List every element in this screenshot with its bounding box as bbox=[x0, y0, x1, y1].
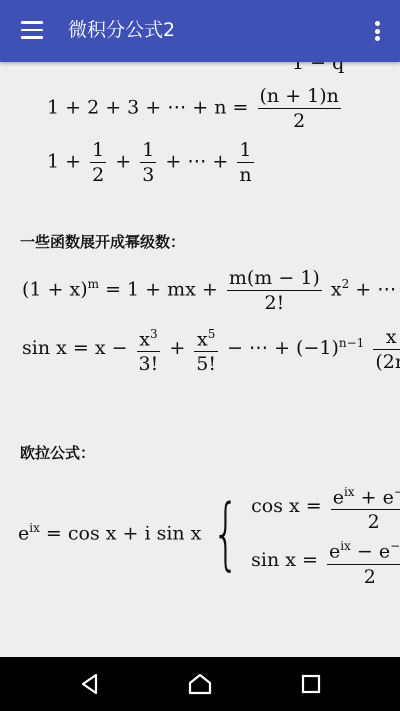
app-bar: 微积分公式2 bbox=[0, 0, 400, 62]
formula-sine-series: sin x = x − x33! + x55! − ⋯ + (−1)n−1 x(… bbox=[22, 322, 400, 376]
back-triangle-icon[interactable] bbox=[76, 670, 104, 698]
system-nav-bar bbox=[0, 657, 400, 711]
formula-euler: eix = cos x + i sin x { cos x = eix + e−… bbox=[18, 480, 400, 589]
heading-power-series: 一些函数展开成幂级数： bbox=[20, 231, 185, 252]
formula-content[interactable]: 1 − q 1 + 2 + 3 + ⋯ + n = (n + 1)n2 1 + … bbox=[0, 0, 400, 657]
heading-euler-formula: 欧拉公式： bbox=[20, 442, 95, 463]
page-title: 微积分公式2 bbox=[68, 16, 175, 44]
recents-square-icon[interactable] bbox=[297, 670, 325, 698]
formula-binomial-series: (1 + x)m = 1 + mx + m(m − 1)2! x2 + ⋯ bbox=[22, 266, 396, 315]
home-icon[interactable] bbox=[186, 670, 214, 698]
more-vert-icon[interactable] bbox=[375, 21, 381, 41]
formula-harmonic-series: 1 + 12 + 13 + ⋯ + 1n bbox=[47, 138, 257, 187]
euler-cos-row: cos x = eix + e−ix2 bbox=[251, 480, 400, 534]
formula-sum-integers: 1 + 2 + 3 + ⋯ + n = (n + 1)n2 bbox=[47, 84, 344, 133]
left-brace: { bbox=[213, 495, 240, 573]
hamburger-menu-icon[interactable] bbox=[21, 21, 43, 39]
euler-sin-row: sin x = eix − e−ix2 bbox=[251, 534, 400, 588]
